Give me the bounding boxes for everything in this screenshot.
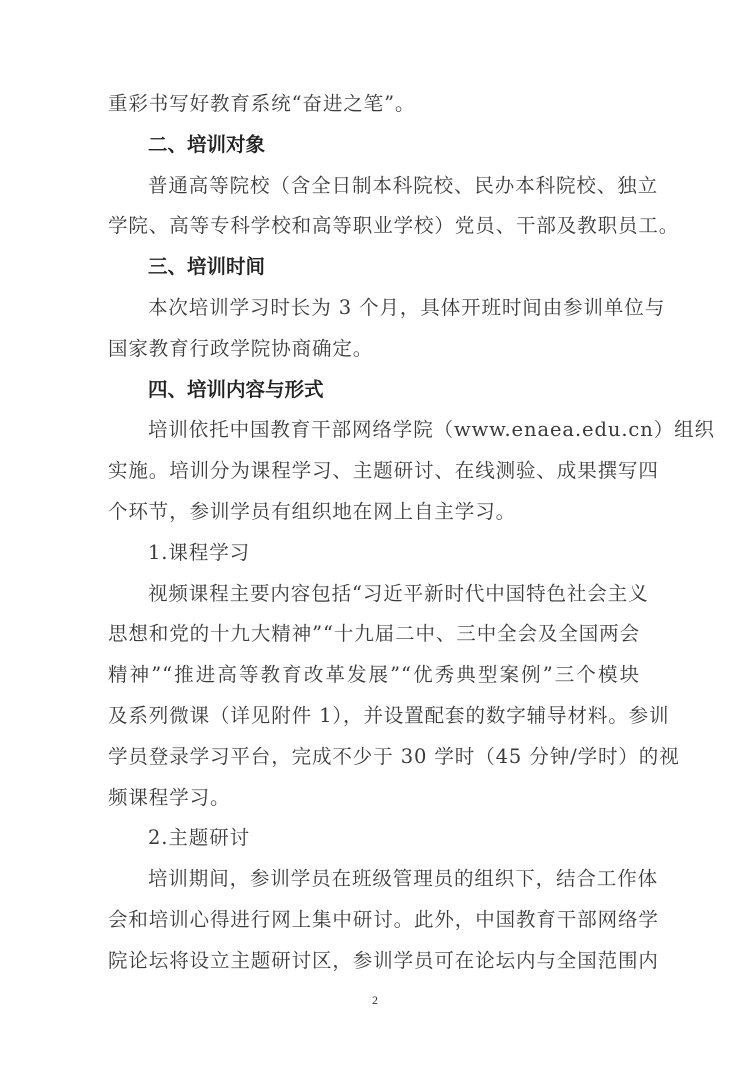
document-page: 重彩书写好教育系统“奋进之笔”。 二、培训对象 普通高等院校（含全日制本科院校、… — [108, 84, 640, 982]
body-line: 精神”“推进高等教育改革发展”“优秀典型案例”三个模块 — [108, 655, 640, 696]
body-line: 重彩书写好教育系统“奋进之笔”。 — [108, 84, 640, 125]
body-line: 学院、高等专科学校和高等职业学校）党员、干部及教职员工。 — [108, 206, 640, 247]
section-heading-training-time: 三、培训时间 — [108, 247, 640, 288]
body-line: 院论坛将设立主题研讨区，参训学员可在论坛内与全国范围内 — [108, 941, 640, 982]
body-line: 普通高等院校（含全日制本科院校、民办本科院校、独立 — [108, 166, 640, 207]
body-line: 视频课程主要内容包括“习近平新时代中国特色社会主义 — [108, 574, 640, 615]
body-line: 实施。培训分为课程学习、主题研讨、在线测验、成果撰写四 — [108, 451, 640, 492]
section-heading-training-targets: 二、培训对象 — [108, 125, 640, 166]
body-line: 培训期间，参训学员在班级管理员的组织下，结合工作体 — [108, 859, 640, 900]
body-line: 个环节，参训学员有组织地在网上自主学习。 — [108, 492, 640, 533]
section-heading-training-content: 四、培训内容与形式 — [108, 370, 640, 411]
body-line: 培训依托中国教育干部网络学院（www.enaea.edu.cn）组织 — [108, 410, 640, 451]
body-line: 学员登录学习平台，完成不少于 30 学时（45 分钟/学时）的视 — [108, 737, 640, 778]
body-line: 思想和党的十九大精神”“十九届二中、三中全会及全国两会 — [108, 614, 640, 655]
body-line: 本次培训学习时长为 3 个月，具体开班时间由参训单位与 — [108, 288, 640, 329]
subsection-heading-course-study: 1.课程学习 — [108, 533, 640, 574]
page-number: 2 — [0, 993, 750, 1008]
body-line: 国家教育行政学院协商确定。 — [108, 329, 640, 370]
body-line: 及系列微课（详见附件 1），并设置配套的数字辅导材料。参训 — [108, 696, 640, 737]
body-line: 频课程学习。 — [108, 778, 640, 819]
body-line: 会和培训心得进行网上集中研讨。此外，中国教育干部网络学 — [108, 900, 640, 941]
subsection-heading-topic-discussion: 2.主题研讨 — [108, 818, 640, 859]
